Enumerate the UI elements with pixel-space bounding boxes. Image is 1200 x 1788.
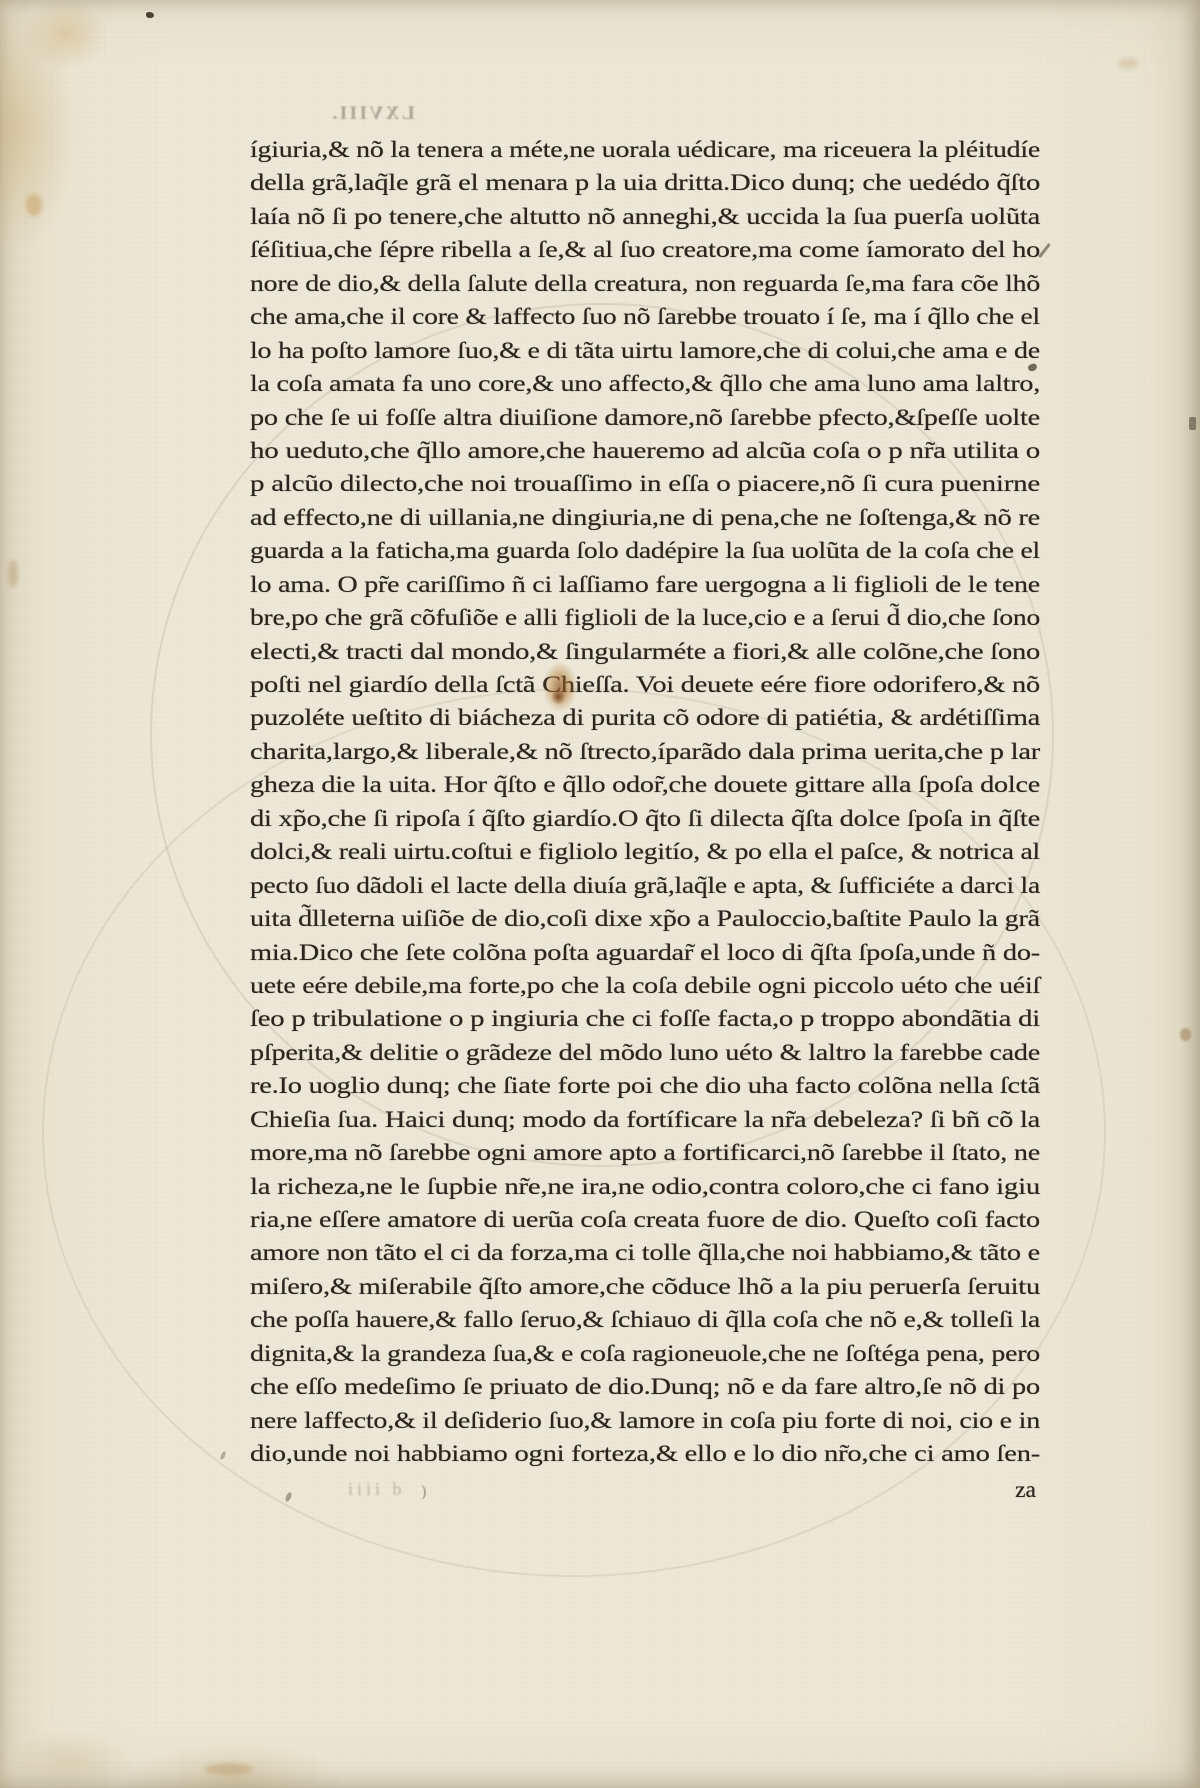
text-line: miſero,& miſerabile q̃ſto amore,che cõdu… bbox=[250, 1274, 1040, 1307]
text-line: pecto ſuo dãdoli el lacte della diuía gr… bbox=[250, 873, 1040, 906]
text-line: dio,unde noi habbiamo ogni forteza,& ell… bbox=[250, 1441, 1040, 1474]
text-line: re.Io uoglio dunq; che ſiate forte poi c… bbox=[250, 1073, 1040, 1106]
foxing-spot bbox=[26, 194, 42, 216]
text-line: ſéſitiua,che ſépre ribella a ſe,& al ſuo… bbox=[250, 237, 1040, 270]
text-line: more,ma nõ ſarebbe ogni amore apto a for… bbox=[250, 1140, 1040, 1173]
text-line: lo ama. O pr̃e cariſſimo ñ ci laſſiamo f… bbox=[250, 572, 1040, 605]
text-line: guarda a la faticha,ma guarda ſolo dadép… bbox=[250, 538, 1040, 571]
text-line: charita,largo,& liberale,& nõ ſtrecto,íp… bbox=[250, 739, 1040, 772]
showthrough-signature-mark: iiii b bbox=[348, 1479, 406, 1500]
foxing-spot bbox=[1118, 58, 1138, 69]
text-line: puzoléte ueſtito di biácheza di purita c… bbox=[250, 705, 1040, 738]
showthrough-folio-number: LXVIII. bbox=[330, 103, 415, 125]
text-line: p alcũo dilecto,che noi trouaſſimo in eſ… bbox=[250, 471, 1040, 504]
text-line: ho ueduto,che q̃llo amore,che haueremo a… bbox=[250, 438, 1040, 471]
ink-speck bbox=[146, 12, 154, 18]
text-line: che eſſo medeſimo ſe priuato de dio.Dunq… bbox=[250, 1374, 1040, 1407]
book-page: LXVIII. ígiuria,& nõ la tenera a méte,ne… bbox=[0, 0, 1200, 1788]
text-line: electi,& tracti dal mondo,& ſingularméte… bbox=[250, 639, 1040, 672]
text-line: la richeza,ne le ſupbie nr̃e,ne ira,ne o… bbox=[250, 1174, 1040, 1207]
text-line: Chieſia ſua. Haici dunq; modo da fortífi… bbox=[250, 1107, 1040, 1140]
text-line: uita d̃lleterna uiſiõe de dio,coſi dixe … bbox=[250, 906, 1040, 939]
foxing-spot bbox=[8, 560, 18, 588]
foxing-spot bbox=[205, 1763, 253, 1775]
text-line: bre,po che grã cõfuſiõe e alli figlioli … bbox=[250, 605, 1040, 638]
text-line: di xp̃o,che ſi ripoſa í q̃ſto giardío.O … bbox=[250, 806, 1040, 839]
text-line: della grã,laq̃le grã el menara p la uia … bbox=[250, 170, 1040, 203]
text-line: lo ha poſto lamore ſuo,& e di tãta uirtu… bbox=[250, 338, 1040, 371]
text-line: amore non tãto el ci da forza,ma ci toll… bbox=[250, 1240, 1040, 1273]
text-line: po che ſe ui foſſe altra diuiſione damor… bbox=[250, 405, 1040, 438]
edge-mark bbox=[1189, 417, 1196, 430]
foxing-spot bbox=[1180, 1028, 1191, 1041]
ink-speck bbox=[219, 1451, 226, 1461]
text-line: ſeo p tribulatione o p ingiuria che ci f… bbox=[250, 1006, 1040, 1039]
text-line: che poſſa hauere,& fallo ſeruo,& ſchiauo… bbox=[250, 1307, 1040, 1340]
text-line: che ama,che il core & laffecto ſuo nõ ſa… bbox=[250, 304, 1040, 337]
text-line: poſti nel giardío della ſctã Chieſſa. Vo… bbox=[250, 672, 1040, 705]
text-line: laía nõ ſi po tenere,che altutto nõ anne… bbox=[250, 204, 1040, 237]
text-line: ria,ne eſſere amatore di uerũa coſa crea… bbox=[250, 1207, 1040, 1240]
text-line: gheza die la uita. Hor q̃ſto e q̃llo odo… bbox=[250, 772, 1040, 805]
text-block: ígiuria,& nõ la tenera a méte,ne uorala … bbox=[250, 137, 1040, 1475]
text-line: dolci,& reali uirtu.coſtui e figliolo le… bbox=[250, 839, 1040, 872]
text-line: pſperita,& delitie o grãdeze del mõdo lu… bbox=[250, 1040, 1040, 1073]
text-line: ígiuria,& nõ la tenera a méte,ne uorala … bbox=[250, 137, 1040, 170]
text-line: dignita,& la grandeza ſua,& e coſa ragio… bbox=[250, 1341, 1040, 1374]
text-line: mia.Dico che ſete colõna poſta aguardar̃… bbox=[250, 940, 1040, 973]
text-line: la coſa amata fa uno core,& uno affecto,… bbox=[250, 371, 1040, 404]
text-line: ad effecto,ne di uillania,ne dingiuria,n… bbox=[250, 505, 1040, 538]
text-line: nere laffecto,& il deſiderio ſuo,& lamor… bbox=[250, 1408, 1040, 1441]
text-line: uete eére debile,ma forte,po che la coſa… bbox=[250, 973, 1040, 1006]
text-line: nore de dio,& della ſalute della creatur… bbox=[250, 271, 1040, 304]
